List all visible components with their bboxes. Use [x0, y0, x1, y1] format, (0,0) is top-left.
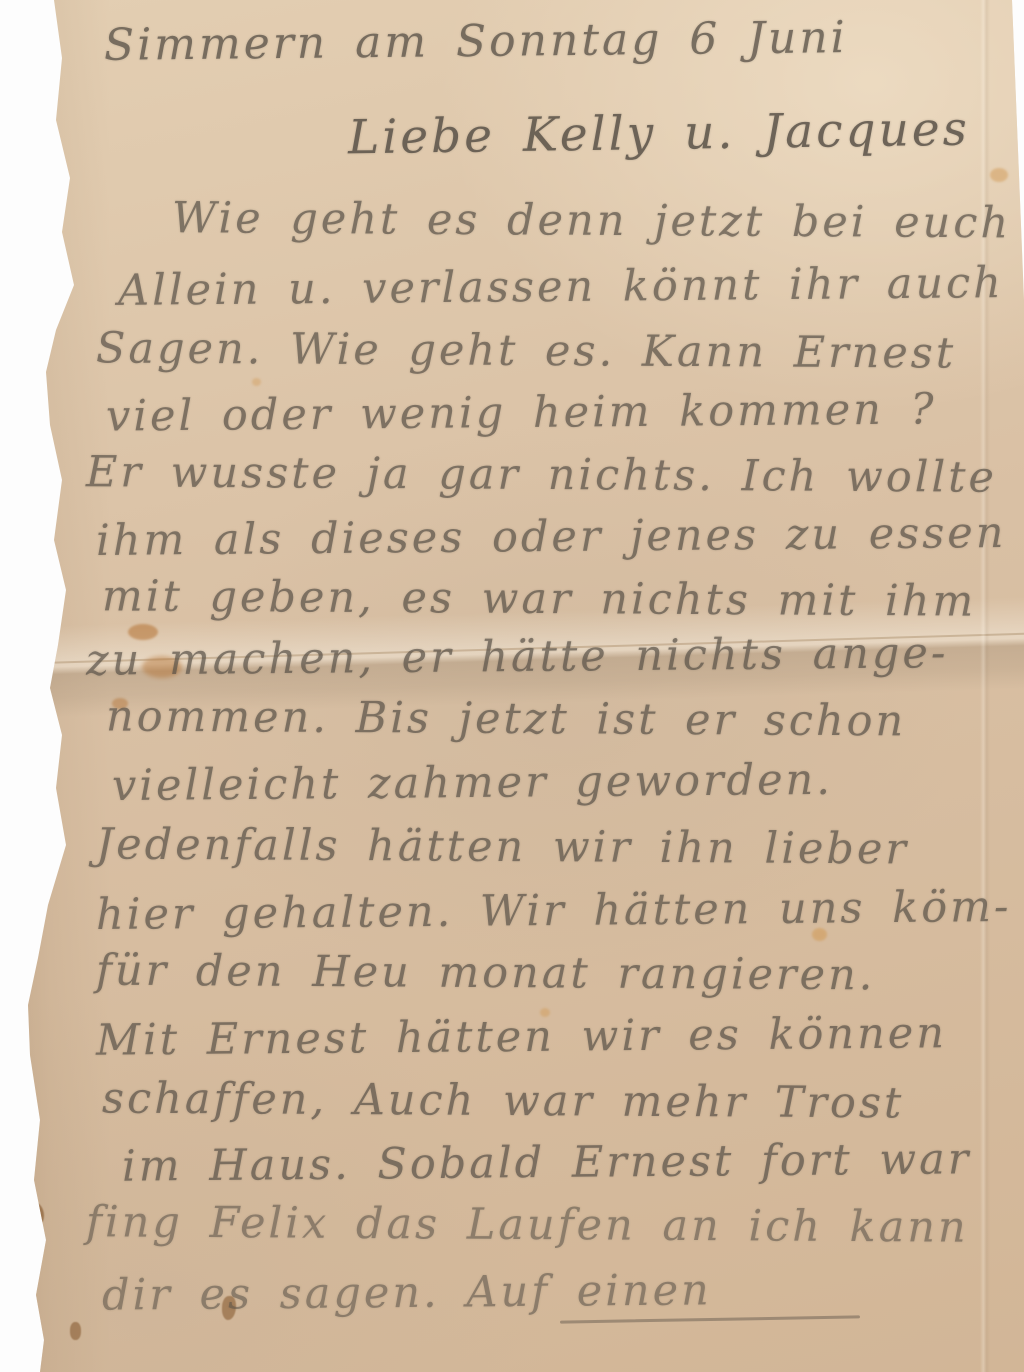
letter-line: Jedenfalls hätten wir ihn lieber: [96, 820, 909, 875]
letter-salutation: Liebe Kelly u. Jacques: [348, 102, 970, 166]
brown-speck: [70, 1322, 81, 1340]
letter-line: Er wusste ja gar nichts. Ich wollte: [86, 447, 997, 503]
letter-line: Allein u. verlassen könnt ihr auch: [118, 258, 1004, 316]
letter-paper: Simmern am Sonntag 6 Juni Liebe Kelly u.…: [0, 0, 1024, 1372]
letter-line: dir es sagen. Auf einen: [102, 1265, 712, 1320]
scanned-letter-page: Simmern am Sonntag 6 Juni Liebe Kelly u.…: [0, 0, 1024, 1372]
letter-line: viel oder wenig heim kommen ?: [106, 384, 937, 441]
letter-line: Wie geht es denn jetzt bei euch ?: [172, 193, 1024, 248]
letter-line: Mit Ernest hätten wir es können: [96, 1008, 947, 1065]
foxing-spot: [990, 168, 1008, 182]
letter-line: ihm als dieses oder jenes zu essen: [96, 508, 1007, 566]
letter-line: fing Felix das Laufen an ich kann: [86, 1197, 969, 1252]
letter-line: zu machen, er hätte nichts ange-: [86, 628, 949, 686]
letter-line: Sagen. Wie geht es. Kann Ernest: [96, 323, 956, 378]
foxing-spot: [252, 378, 261, 386]
letter-line: im Haus. Sobald Ernest fort war: [122, 1134, 972, 1191]
letter-line: mit geben, es war nichts mit ihm: [102, 571, 977, 626]
letter-line: für den Heu monat rangieren.: [96, 946, 876, 1001]
pencil-trailing-stroke: [560, 1315, 860, 1323]
brown-speck: [16, 1354, 25, 1363]
letter-dateline: Simmern am Sonntag 6 Juni: [104, 12, 848, 71]
letter-line: schaffen, Auch war mehr Trost: [102, 1074, 905, 1129]
letter-line: hier gehalten. Wir hätten uns köm-: [96, 882, 1012, 940]
letter-line: nommen. Bis jetzt ist er schon: [106, 692, 907, 747]
brown-speck: [24, 1202, 44, 1228]
letter-line: vielleicht zahmer geworden.: [112, 755, 833, 811]
